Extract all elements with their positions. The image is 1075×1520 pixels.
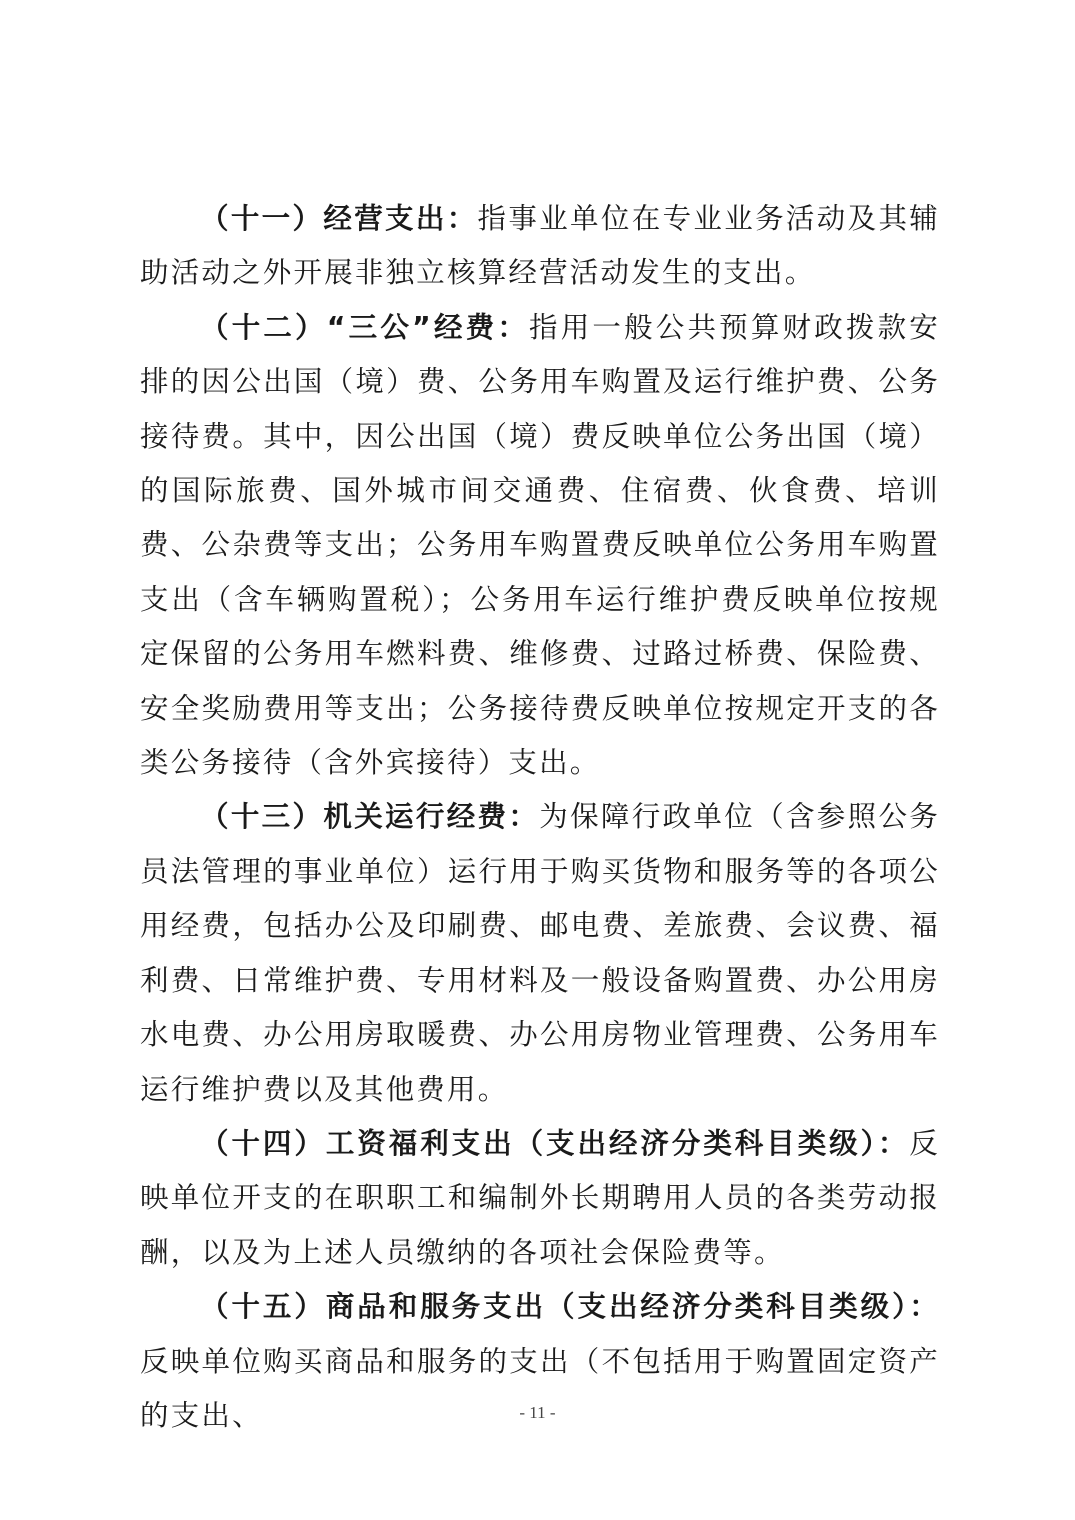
section-14: （十四）工资福利支出（支出经济分类科目类级）：反映单位开支的在职职工和编制外长期… [140, 1117, 940, 1280]
section-heading: （十一）经营支出： [200, 202, 478, 235]
section-13: （十三）机关运行经费：为保障行政单位（含参照公务员法管理的事业单位）运行用于购买… [140, 790, 940, 1116]
document-page: （十一）经营支出：指事业单位在专业业务活动及其辅助活动之外开展非独立核算经营活动… [140, 192, 940, 1443]
section-body: 指用一般公共预算财政拨款安排的因公出国（境）费、公务用车购置及运行维护费、公务接… [140, 311, 940, 779]
section-heading: （十三）机关运行经费： [200, 800, 539, 833]
section-heading: （十四）工资福利支出（支出经济分类科目类级）： [200, 1127, 909, 1160]
section-body: 为保障行政单位（含参照公务员法管理的事业单位）运行用于购买货物和服务等的各项公用… [140, 800, 940, 1105]
section-12: （十二）“三公”经费：指用一般公共预算财政拨款安排的因公出国（境）费、公务用车购… [140, 301, 940, 791]
section-heading: （十二）“三公”经费： [200, 311, 529, 344]
section-11: （十一）经营支出：指事业单位在专业业务活动及其辅助活动之外开展非独立核算经营活动… [140, 192, 940, 301]
section-heading: （十五）商品和服务支出（支出经济分类科目类级）： [200, 1290, 940, 1323]
page-number: - 11 - [0, 1403, 1075, 1423]
